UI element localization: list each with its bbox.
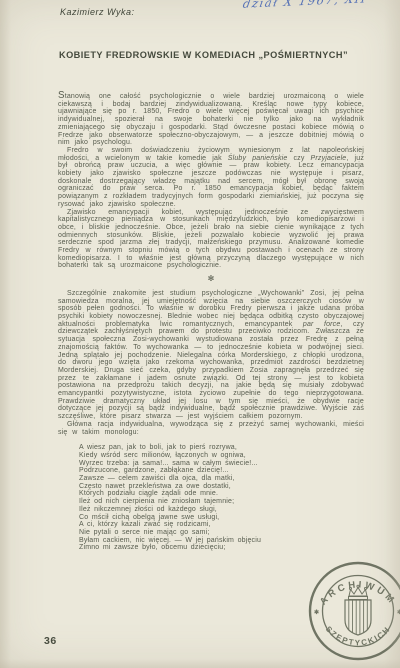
text-segment: Zjawisko emancypacji kobiet, występując … [58,209,364,270]
stamp-ornament-left-icon: ✱ [314,609,319,616]
crest-crown-icon [349,585,368,599]
verse-line: Podrzucone, gardzone, zabłąkane dziecię!… [79,467,364,475]
verse-line: Byłam cackiem, nic więcej. — W jej pańsk… [79,537,364,545]
paragraph: Główna racja indywidualna, wywodząca się… [58,421,364,436]
verse-line: Kiedy wśród serc milionów, łączonych w o… [79,452,364,460]
verse-line: Co mścił cichą obelgą jawne swe usługi, [79,514,364,522]
text-segment: Główna racja indywidualna, wywodząca się… [58,421,364,436]
verse-line: Często nawet przekleństwa za owe dostatk… [79,483,364,491]
verse-line: A wiesz pan, jak to boli, jak to pierś r… [79,444,364,452]
verse-line: Wyrzec trzeba: ja sama!... sama w całym … [79,460,364,468]
paragraph: Stanowią one całość psychologicznie o wi… [58,92,364,147]
crest-shield-icon [345,600,371,636]
section-separator: ✻ [58,275,364,283]
article-title: KOBIETY FREDROWSKIE W KOMEDIACH „POŚMIER… [59,50,348,60]
italic-text: par force [303,321,341,328]
text-segment: czy [287,155,310,162]
italic-text: Przyjaciele [311,155,347,162]
author-line: Kazimierz Wyka: [60,7,135,17]
paragraph: Szczególnie znakomite jest studium psych… [58,290,364,421]
verse-line: Ileż od nich cierpienia nie zniosłam taj… [79,498,364,506]
page-number: 36 [44,635,57,647]
text-segment: , już był obrońcą praw uczucia, a więc g… [58,155,364,208]
paragraph: Zjawisko emancypacji kobiet, występując … [58,209,364,271]
verse-block: A wiesz pan, jak to boli, jak to pierś r… [79,444,364,552]
italic-text: Śluby panieńskie [228,155,288,162]
handwritten-annotation: dział X 1967, XII [242,0,368,11]
article-body: Stanowią one całość psychologicznie o wi… [58,92,364,552]
stamp-top-text: ARCHIWUM [318,579,398,607]
archive-stamp: ARCHIWUM SZEPTYCKICH ✱ ✱ [306,559,400,663]
verse-line: A ci, którzy kazali zwać się rodzicami, [79,521,364,529]
verse-line: Nie pytali o serce nie mając go sami; [79,529,364,537]
verse-line: Ileż nikczemnej złości od każdego sługi, [79,506,364,514]
verse-line: Których podziału ciągle żądali ode mnie. [79,490,364,498]
paragraph: Fredro w swoim doświadczeniu życiowym wy… [58,147,364,209]
text-segment: Stanowią one całość psychologicznie o wi… [58,93,364,146]
text-segment: , czy dziewczątek zachłyśniętych prawem … [58,321,364,420]
verse-line: Zimno mi zawsze było, obcemu dziecięciu; [79,544,364,552]
scanned-page: dział X 1967, XII Kazimierz Wyka: KOBIET… [0,0,400,668]
stamp-bottom-text: SZEPTYCKICH [324,625,392,648]
verse-line: Zawsze — celem zawiści dla ojca, dla mat… [79,475,364,483]
